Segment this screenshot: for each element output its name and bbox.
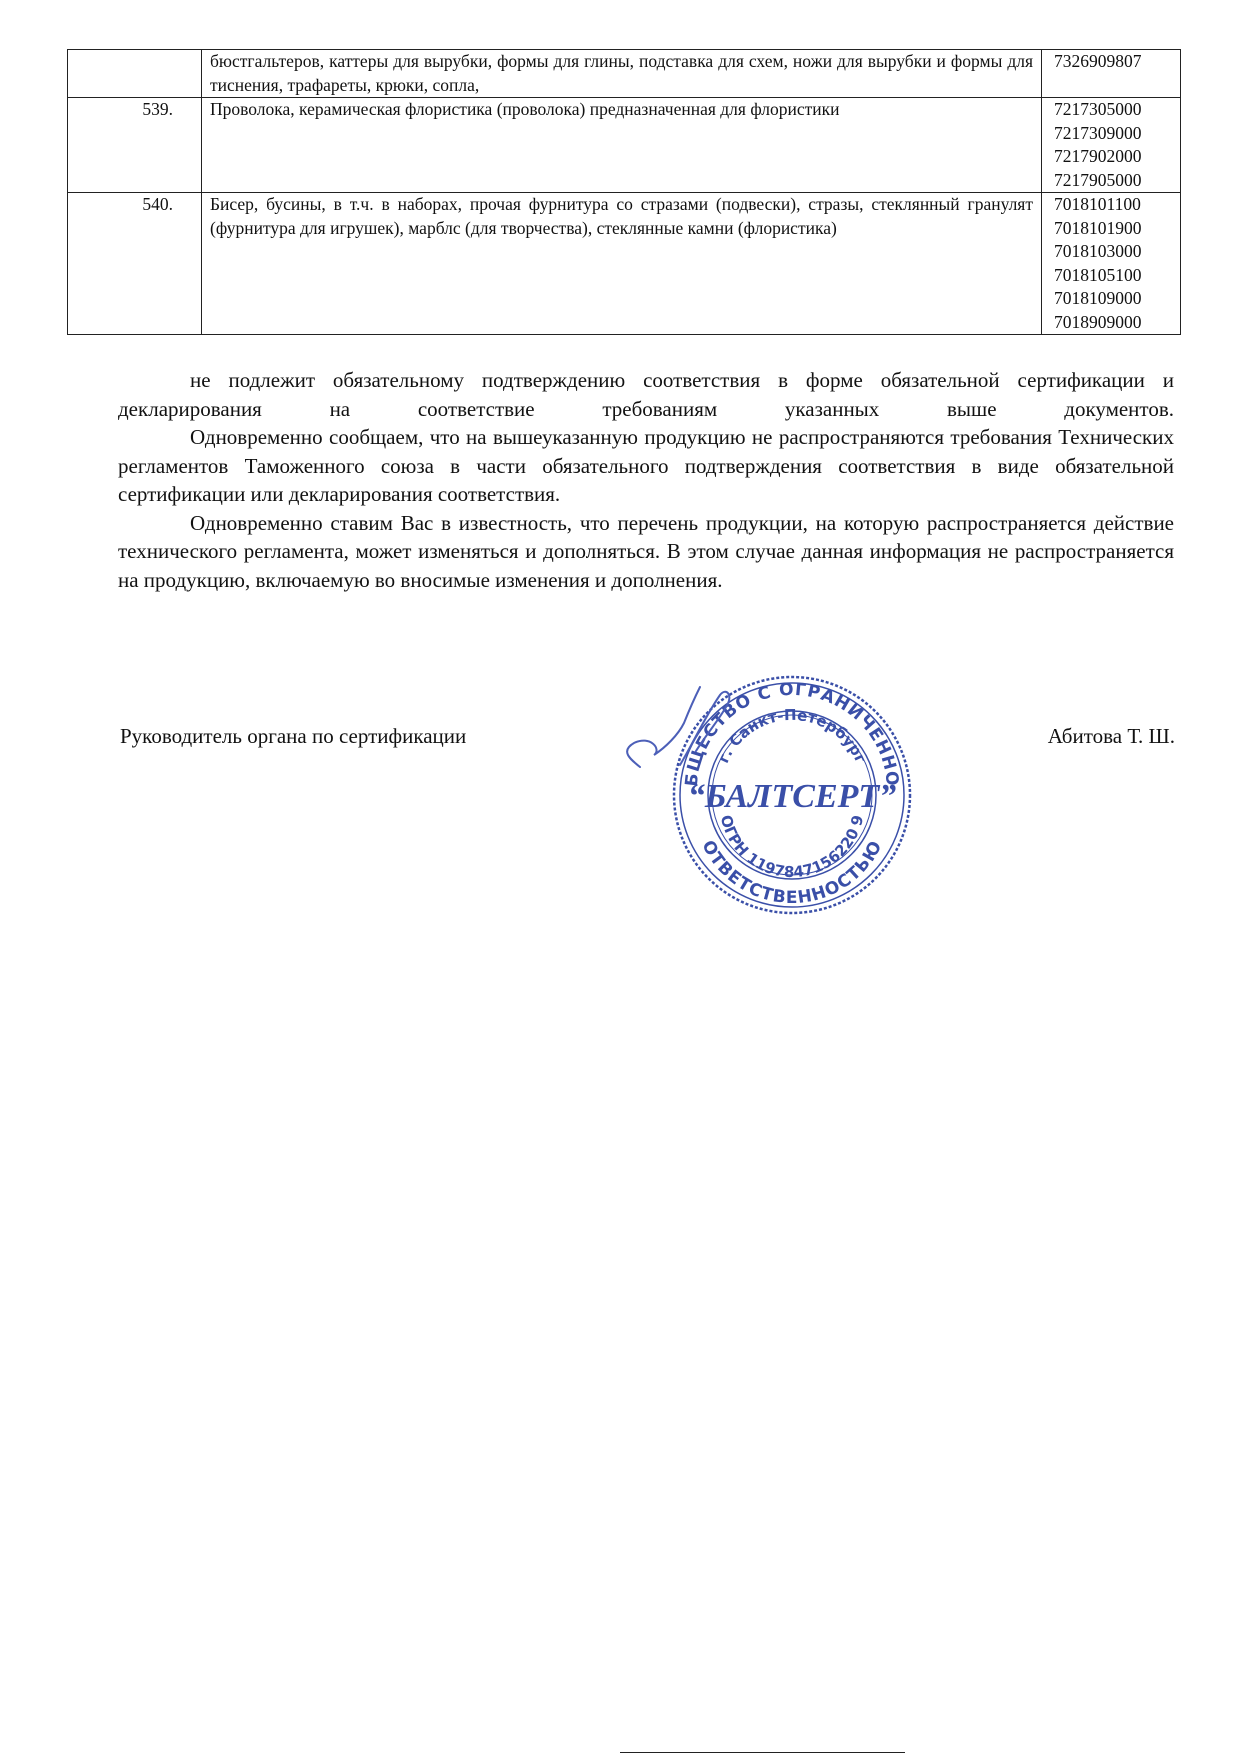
paragraph-conclusion: не подлежит обязательному подтверждению … xyxy=(118,366,1174,423)
tnved-code: 7018109000 xyxy=(1054,287,1172,311)
signatory-name: Абитова Т. Ш. xyxy=(1048,724,1175,749)
tnved-code: 7018105100 xyxy=(1054,264,1172,288)
row-codes: 7018101100 7018101900 7018103000 7018105… xyxy=(1042,193,1181,335)
paragraph-tr-cu: Одновременно сообщаем, что на вышеуказан… xyxy=(118,423,1174,509)
footer-divider xyxy=(620,1752,905,1753)
tnved-code: 7326909807 xyxy=(1054,50,1172,74)
tnved-code: 7217905000 xyxy=(1054,169,1172,193)
row-description: Бисер, бусины, в т.ч. в наборах, прочая … xyxy=(202,193,1042,335)
paragraph-notice: Одновременно ставим Вас в известность, ч… xyxy=(118,509,1174,595)
product-codes-table: бюстгальтеров, каттеры для вырубки, форм… xyxy=(67,49,1181,335)
tnved-code: 7217309000 xyxy=(1054,122,1172,146)
tnved-code: 7018101900 xyxy=(1054,217,1172,241)
row-number: 539. xyxy=(68,98,202,193)
signatory-role: Руководитель органа по сертификации xyxy=(120,724,466,749)
organization-stamp: ОБЩЕСТВО С ОГРАНИЧЕННОЙ г. Санкт-Петербу… xyxy=(622,655,952,925)
table-row: бюстгальтеров, каттеры для вырубки, форм… xyxy=(68,50,1181,98)
row-codes: 7326909807 xyxy=(1042,50,1181,98)
tnved-code: 7217902000 xyxy=(1054,145,1172,169)
table-row: 539. Проволока, керамическая флористика … xyxy=(68,98,1181,193)
table-row: 540. Бисер, бусины, в т.ч. в наборах, пр… xyxy=(68,193,1181,335)
row-description: Проволока, керамическая флористика (пров… xyxy=(202,98,1042,193)
row-number: 540. xyxy=(68,193,202,335)
row-number xyxy=(68,50,202,98)
tnved-code: 7018909000 xyxy=(1054,311,1172,335)
tnved-code: 7217305000 xyxy=(1054,98,1172,122)
stamp-org-name: “БАЛТСЕРТ” xyxy=(688,778,896,815)
tnved-code: 7018101100 xyxy=(1054,193,1172,217)
row-description: бюстгальтеров, каттеры для вырубки, форм… xyxy=(202,50,1042,98)
letter-body: не подлежит обязательному подтверждению … xyxy=(118,366,1174,594)
row-codes: 7217305000 7217309000 7217902000 7217905… xyxy=(1042,98,1181,193)
tnved-code: 7018103000 xyxy=(1054,240,1172,264)
